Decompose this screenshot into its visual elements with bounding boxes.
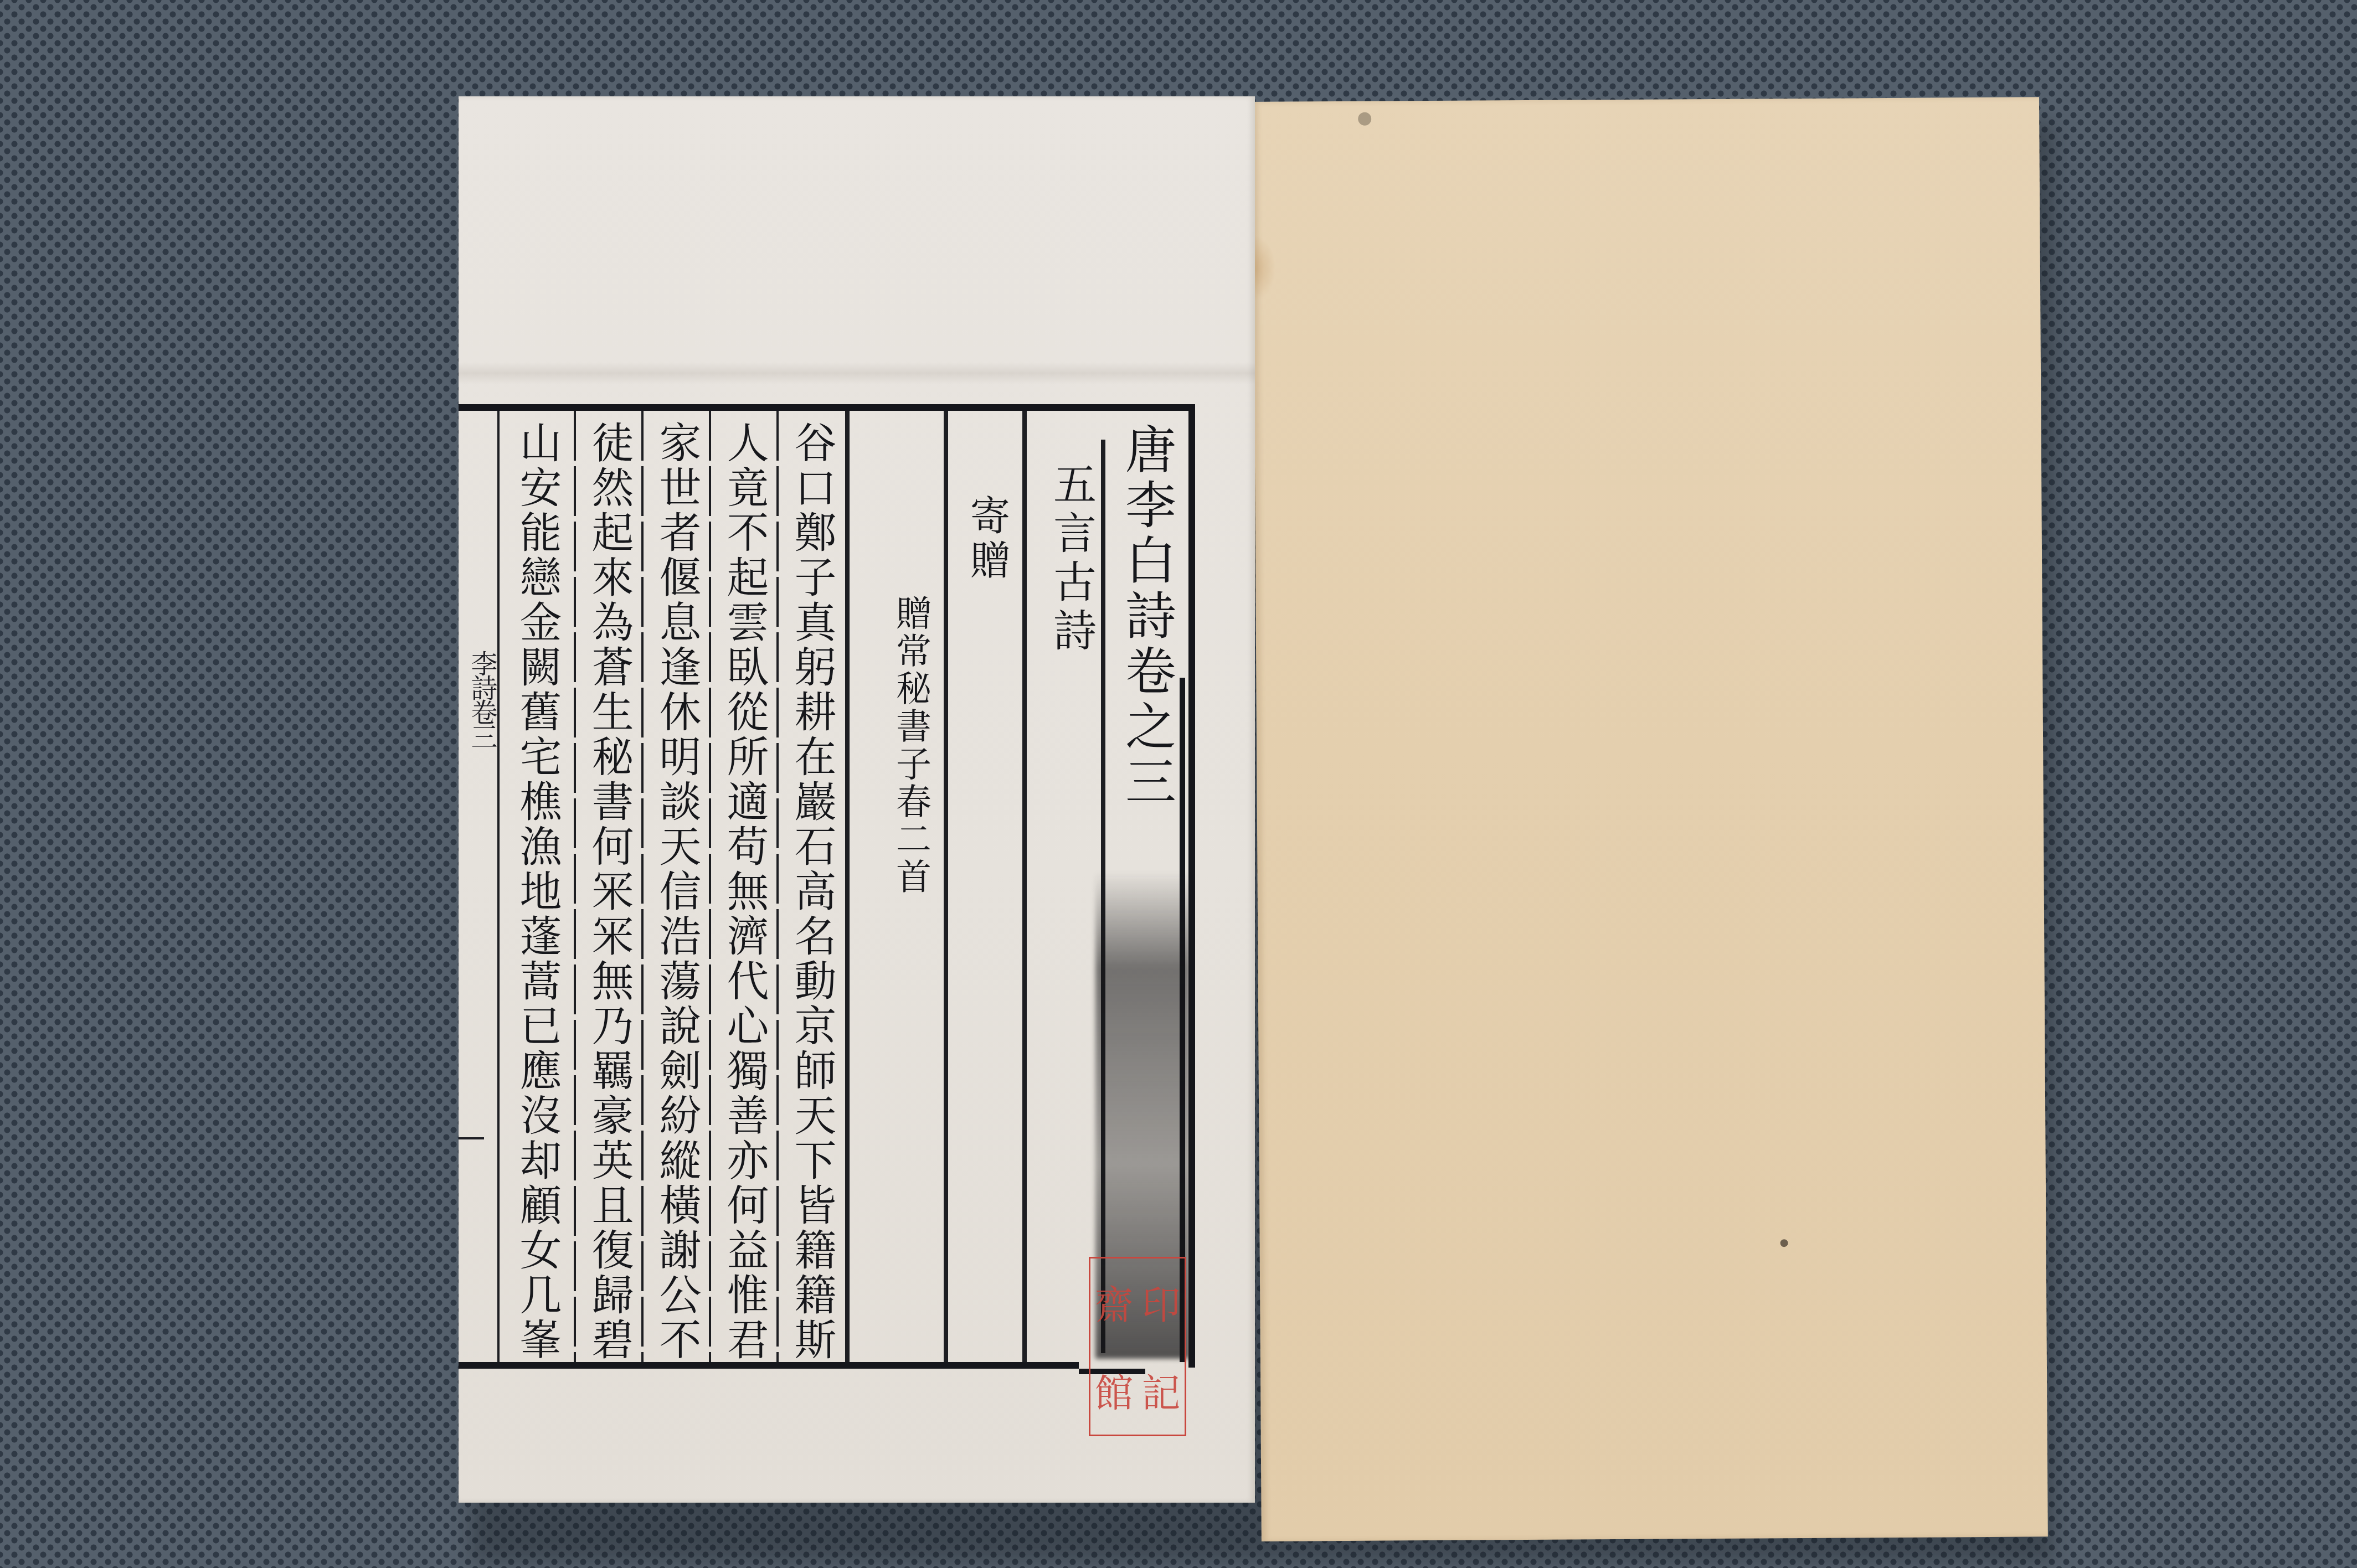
seal-char: 齋 [1090,1275,1138,1330]
column-rule [1022,411,1027,1362]
body-column-5: 山安能戀金闕舊宅樵漁地蓬蒿已應沒却顧女几峯 [510,421,565,1363]
column-rule [709,411,711,1362]
page-number-mark [459,1137,484,1139]
column-rule [641,411,644,1362]
right-page-flyleaf [1253,97,2048,1541]
body-column-2: 人竟不起雲臥從所適苟無濟代心獨善亦何益惟君 [717,421,772,1363]
paper-crease [459,362,1255,384]
body-column-1: 谷口鄭子真躬耕在巖石高名動京師天下皆籍籍斯 [784,421,840,1363]
paper-stain [1253,235,1276,301]
left-page-printed: 李詩卷三 山安能戀金闕舊宅樵漁地蓬蒿已應沒却顧女几峯 徒然起來為蒼生秘書何冞冞無… [459,96,1255,1503]
collector-seal: 齋 印 館 記 [1089,1257,1186,1436]
paper-speck [1358,112,1371,126]
fold-margin-text: 李詩卷三 [463,650,501,747]
column-rule [776,411,779,1362]
book-title: 唐李白詩卷之三 [1110,423,1183,811]
frame-border-top [459,404,1188,411]
seal-char: 印 [1138,1275,1185,1330]
column-rule [845,411,850,1362]
section-heading: 五言古詩 [1040,462,1102,657]
column-rule [497,411,500,1362]
column-rule [574,411,576,1362]
column-rule [944,411,948,1362]
seal-char: 館 [1090,1363,1138,1419]
category-heading: 寄贈 [958,495,1016,584]
poem-title: 贈常秘書子春二首 [885,595,936,896]
frame-border-bottom [459,1362,1079,1369]
body-column-4: 徒然起來為蒼生秘書何冞冞無乃羈豪英且復歸碧 [581,421,637,1363]
seal-char: 記 [1138,1363,1185,1419]
body-column-3: 家世者偃息逢休明談天信浩蕩說劍紛縱橫謝公不 [649,421,704,1363]
paper-speck [1780,1239,1788,1247]
